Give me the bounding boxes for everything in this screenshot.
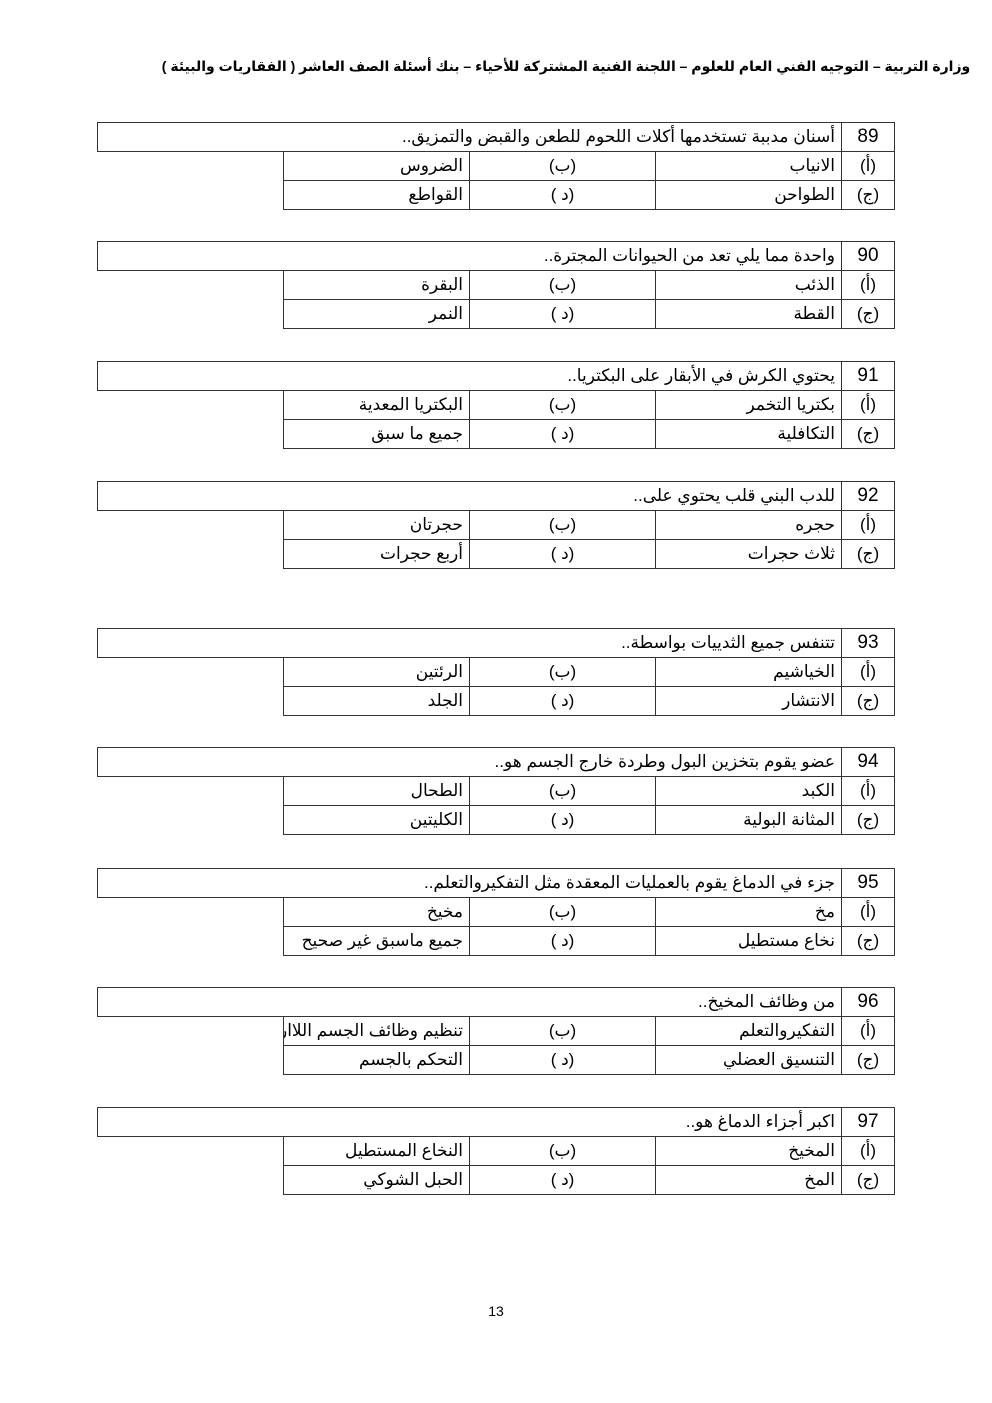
option-a: الانياب — [656, 152, 842, 181]
options-row-1: (أ)حجره(ب)حجرتان — [98, 511, 895, 540]
option-a: الخياشيم — [656, 658, 842, 687]
header-title: وزارة التربية – التوجيه الفني العام للعل… — [162, 58, 970, 75]
options-row-1: (أ)المخيخ(ب)النخاع المستطيل — [98, 1137, 895, 1166]
option-c: التكافلية — [656, 420, 842, 449]
question-number: 95 — [842, 869, 895, 898]
page-header: وزارة التربية – التوجيه الفني العام للعل… — [0, 58, 992, 75]
option-b: البكتريا المعدية — [284, 391, 470, 420]
option-d-label: (د ) — [470, 1166, 656, 1195]
option-d: الحبل الشوكي — [284, 1166, 470, 1195]
option-c-label: (ج) — [842, 181, 895, 210]
option-b-label: (ب) — [470, 1137, 656, 1166]
option-c: نخاع مستطيل — [656, 927, 842, 956]
option-b-label: (ب) — [470, 152, 656, 181]
option-a: التفكيروالتعلم — [656, 1017, 842, 1046]
question-number: 94 — [842, 748, 895, 777]
option-d-label: (د ) — [470, 687, 656, 716]
option-d-label: (د ) — [470, 1046, 656, 1075]
question-stem: جزء في الدماغ يقوم بالعمليات المعقدة مثل… — [98, 869, 842, 898]
option-c: المخ — [656, 1166, 842, 1195]
question-number: 91 — [842, 362, 895, 391]
option-c-label: (ج) — [842, 927, 895, 956]
question-stem: من وظائف المخيخ.. — [98, 988, 842, 1017]
option-d-label: (د ) — [470, 181, 656, 210]
option-d: الكليتين — [284, 806, 470, 835]
option-c-label: (ج) — [842, 420, 895, 449]
option-a: الكبد — [656, 777, 842, 806]
option-a-label: (أ) — [842, 271, 895, 300]
options-row-2: (ج)التنسيق العضلي(د )التحكم بالجسم — [98, 1046, 895, 1075]
option-d: التحكم بالجسم — [284, 1046, 470, 1075]
question-number: 93 — [842, 629, 895, 658]
options-row-1: (أ)التفكيروالتعلم(ب)تنظيم وظائف الجسم ال… — [98, 1017, 895, 1046]
option-c-label: (ج) — [842, 687, 895, 716]
option-c: المثانة البولية — [656, 806, 842, 835]
question-stem: تتنفس جميع الثدييات بواسطة.. — [98, 629, 842, 658]
question-93: 93تتنفس جميع الثدييات بواسطة..(أ)الخياشي… — [97, 628, 895, 716]
question-stem: أسنان مدببة تستخدمها أكلات اللحوم للطعن … — [98, 123, 842, 152]
question-stem: عضو يقوم بتخزين البول وطردة خارج الجسم ه… — [98, 748, 842, 777]
question-number: 96 — [842, 988, 895, 1017]
question-stem-row: 90واحدة مما يلي تعد من الحيوانات المجترة… — [98, 242, 895, 271]
option-b-label: (ب) — [470, 777, 656, 806]
option-b: الضروس — [284, 152, 470, 181]
question-stem: يحتوي الكرش في الأبقار على البكتريا.. — [98, 362, 842, 391]
option-a-label: (أ) — [842, 898, 895, 927]
question-stem-row: 89أسنان مدببة تستخدمها أكلات اللحوم للطع… — [98, 123, 895, 152]
question-stem-row: 94عضو يقوم بتخزين البول وطردة خارج الجسم… — [98, 748, 895, 777]
options-row-1: (أ)بكتريا التخمر(ب)البكتريا المعدية — [98, 391, 895, 420]
option-c-label: (ج) — [842, 300, 895, 329]
option-a: مخ — [656, 898, 842, 927]
option-a-label: (أ) — [842, 1137, 895, 1166]
options-row-2: (ج)المخ(د )الحبل الشوكي — [98, 1166, 895, 1195]
question-91: 91يحتوي الكرش في الأبقار على البكتريا..(… — [97, 361, 895, 449]
options-row-2: (ج)القطة(د )النمر — [98, 300, 895, 329]
option-a-label: (أ) — [842, 391, 895, 420]
options-row-2: (ج)المثانة البولية(د )الكليتين — [98, 806, 895, 835]
question-90: 90واحدة مما يلي تعد من الحيوانات المجترة… — [97, 241, 895, 329]
option-a-label: (أ) — [842, 658, 895, 687]
option-d: القواطع — [284, 181, 470, 210]
question-stem-row: 92للدب البني قلب يحتوي على.. — [98, 482, 895, 511]
options-row-2: (ج)الانتشار(د )الجلد — [98, 687, 895, 716]
option-b-label: (ب) — [470, 391, 656, 420]
option-c-label: (ج) — [842, 540, 895, 569]
option-d-label: (د ) — [470, 540, 656, 569]
option-c: ثلاث حجرات — [656, 540, 842, 569]
question-97: 97اكبر أجزاء الدماغ هو..(أ)المخيخ(ب)النخ… — [97, 1107, 895, 1195]
page-number: 13 — [0, 1303, 992, 1319]
option-b-label: (ب) — [470, 898, 656, 927]
option-b: حجرتان — [284, 511, 470, 540]
option-d: أربع حجرات — [284, 540, 470, 569]
question-number: 89 — [842, 123, 895, 152]
option-a-label: (أ) — [842, 152, 895, 181]
option-d: الجلد — [284, 687, 470, 716]
question-number: 97 — [842, 1108, 895, 1137]
option-b: مخيخ — [284, 898, 470, 927]
question-stem-row: 95جزء في الدماغ يقوم بالعمليات المعقدة م… — [98, 869, 895, 898]
question-stem-row: 91يحتوي الكرش في الأبقار على البكتريا.. — [98, 362, 895, 391]
options-row-2: (ج)ثلاث حجرات(د )أربع حجرات — [98, 540, 895, 569]
option-d: جميع ما سبق — [284, 420, 470, 449]
question-stem: اكبر أجزاء الدماغ هو.. — [98, 1108, 842, 1137]
option-c-label: (ج) — [842, 1046, 895, 1075]
option-a: الذئب — [656, 271, 842, 300]
option-b-label: (ب) — [470, 271, 656, 300]
options-row-2: (ج)الطواحن(د )القواطع — [98, 181, 895, 210]
question-89: 89أسنان مدببة تستخدمها أكلات اللحوم للطع… — [97, 122, 895, 210]
option-b: الرئتين — [284, 658, 470, 687]
option-a: بكتريا التخمر — [656, 391, 842, 420]
option-a: حجره — [656, 511, 842, 540]
option-c-label: (ج) — [842, 1166, 895, 1195]
question-stem-row: 97اكبر أجزاء الدماغ هو.. — [98, 1108, 895, 1137]
option-c: الانتشار — [656, 687, 842, 716]
option-b-label: (ب) — [470, 511, 656, 540]
question-stem: للدب البني قلب يحتوي على.. — [98, 482, 842, 511]
option-a-label: (أ) — [842, 1017, 895, 1046]
option-a-label: (أ) — [842, 511, 895, 540]
question-number: 92 — [842, 482, 895, 511]
option-c: القطة — [656, 300, 842, 329]
option-b: تنظيم وظائف الجسم اللاارادية — [284, 1017, 470, 1046]
question-stem-row: 93تتنفس جميع الثدييات بواسطة.. — [98, 629, 895, 658]
options-row-1: (أ)الخياشيم(ب)الرئتين — [98, 658, 895, 687]
options-row-1: (أ)مخ(ب)مخيخ — [98, 898, 895, 927]
question-number: 90 — [842, 242, 895, 271]
option-d: النمر — [284, 300, 470, 329]
option-d-label: (د ) — [470, 300, 656, 329]
option-c: التنسيق العضلي — [656, 1046, 842, 1075]
option-d: جميع ماسبق غير صحيح — [284, 927, 470, 956]
option-b: البقرة — [284, 271, 470, 300]
option-a: المخيخ — [656, 1137, 842, 1166]
question-95: 95جزء في الدماغ يقوم بالعمليات المعقدة م… — [97, 868, 895, 956]
question-94: 94عضو يقوم بتخزين البول وطردة خارج الجسم… — [97, 747, 895, 835]
option-d-label: (د ) — [470, 806, 656, 835]
question-96: 96من وظائف المخيخ..(أ)التفكيروالتعلم(ب)ت… — [97, 987, 895, 1075]
option-b: الطحال — [284, 777, 470, 806]
option-c-label: (ج) — [842, 806, 895, 835]
options-row-2: (ج)نخاع مستطيل(د )جميع ماسبق غير صحيح — [98, 927, 895, 956]
option-d-label: (د ) — [470, 927, 656, 956]
options-row-1: (أ)الانياب(ب)الضروس — [98, 152, 895, 181]
option-b: النخاع المستطيل — [284, 1137, 470, 1166]
options-row-1: (أ)الذئب(ب)البقرة — [98, 271, 895, 300]
options-row-1: (أ)الكبد(ب)الطحال — [98, 777, 895, 806]
option-b-label: (ب) — [470, 1017, 656, 1046]
question-stem: واحدة مما يلي تعد من الحيوانات المجترة.. — [98, 242, 842, 271]
option-b-label: (ب) — [470, 658, 656, 687]
question-stem-row: 96من وظائف المخيخ.. — [98, 988, 895, 1017]
option-c: الطواحن — [656, 181, 842, 210]
question-92: 92للدب البني قلب يحتوي على..(أ)حجره(ب)حج… — [97, 481, 895, 569]
option-d-label: (د ) — [470, 420, 656, 449]
options-row-2: (ج)التكافلية(د )جميع ما سبق — [98, 420, 895, 449]
option-a-label: (أ) — [842, 777, 895, 806]
